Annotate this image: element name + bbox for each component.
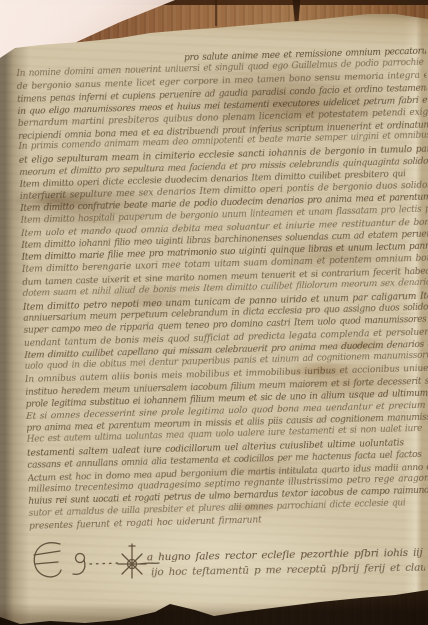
manuscript-text: pro salute anime mee et remissione omniu… <box>16 46 428 533</box>
manuscript-photo: pro salute anime mee et remissione omniu… <box>0 0 428 625</box>
notary-subscription: a hugno ſales rector ecleſie pezorthie p… <box>147 546 425 581</box>
parchment-document: pro salute anime mee et remissione omniu… <box>0 0 428 625</box>
notarial-sign-icon <box>28 536 160 592</box>
